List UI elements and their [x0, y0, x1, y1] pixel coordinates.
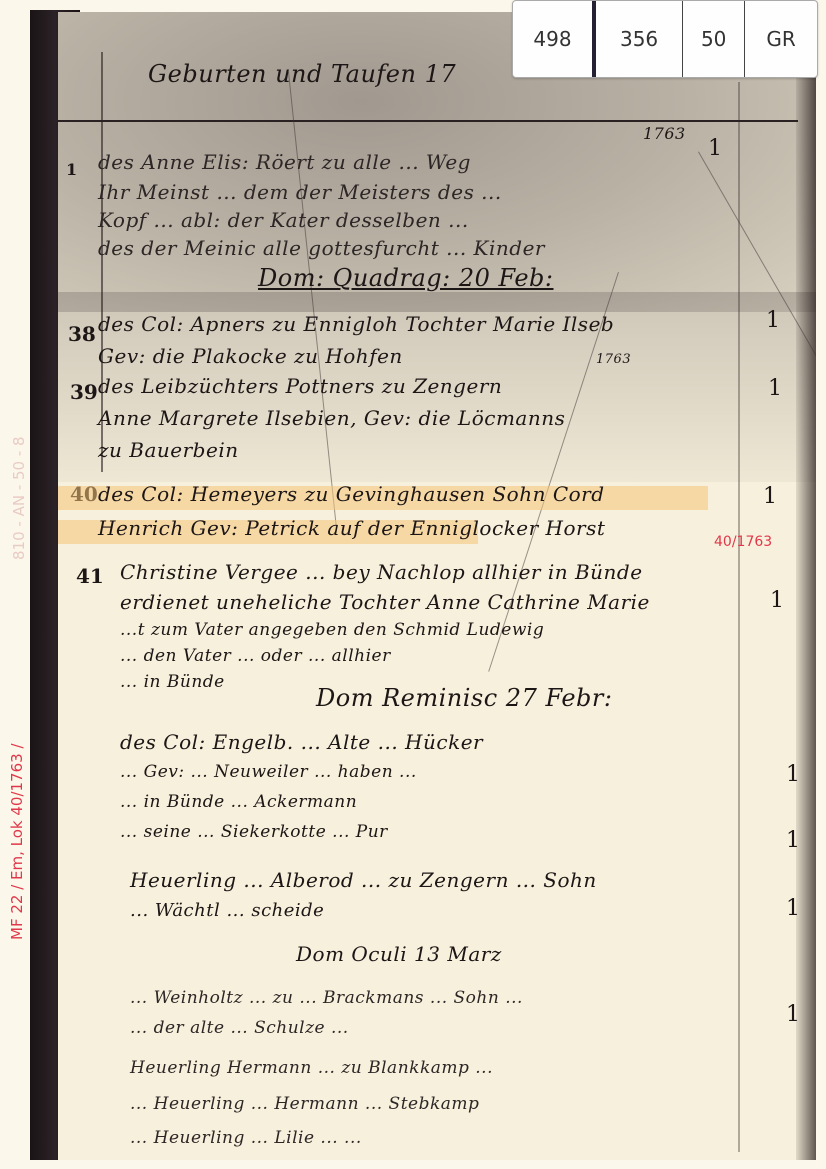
register-page: Geburten und Taufen 17 1763 1 38 39 40 4… [58, 12, 816, 1160]
entry-line: ... den Vater ... oder ... allhier [120, 646, 391, 666]
entry-line: zu Bauerbein [98, 438, 239, 462]
entry-line: ... seine ... Siekerkotte ... Pur [120, 822, 388, 842]
entry-line: des Leibzüchters Pottners zu Zengern [98, 374, 502, 398]
red-annotation: 40/1763 [714, 534, 772, 550]
entry-line: Heuerling ... Alberod ... zu Zengern ...… [130, 868, 597, 892]
entry-line: des der Meinic alle gottesfurcht ... Kin… [98, 236, 545, 260]
entry-number: 41 [76, 564, 104, 588]
highlighted-entry-line: Henrich Gev: Petrick auf der Enniglocker… [98, 516, 605, 540]
entry-number: 38 [68, 322, 96, 346]
year-note: 1763 [643, 124, 686, 143]
entry-line: erdienet uneheliche Tochter Anne Cathrin… [120, 590, 650, 614]
entry-line: ... der alte ... Schulze ... [130, 1018, 349, 1038]
entry-line: ... Heuerling ... Hermann ... Stebkamp [130, 1094, 479, 1114]
entry-line: des Col: Engelb. ... Alte ... Hücker [120, 730, 483, 754]
tally-mark: 1 [786, 762, 800, 787]
entry-line: des Col: Apners zu Ennigloh Tochter Mari… [98, 312, 614, 336]
entry-line: ... Wächtl ... scheide [130, 900, 324, 921]
label-page-number: 50 [683, 1, 745, 77]
section-heading: Dom Reminisc 27 Febr: [316, 684, 612, 712]
entry-line: Ihr Meinst ... dem der Meisters des ... [98, 180, 502, 204]
section-heading: Dom Oculi 13 Marz [296, 942, 502, 966]
entry-line: Kopf ... abl: der Kater desselben ... [98, 208, 469, 232]
tally-mark: 1 [708, 136, 722, 161]
tally-mark: 1 [763, 484, 777, 509]
entry-line: Gev: die Plakocke zu Hohfen [98, 344, 403, 368]
label-code: GR [745, 1, 817, 77]
entry-number: 1 [66, 160, 77, 179]
faded-archive-stamp: 810 - AN - 50 - 8 [10, 436, 28, 560]
header-rule [58, 120, 798, 122]
tally-mark: 1 [786, 896, 800, 921]
tally-mark: 1 [786, 1002, 800, 1027]
label-film-number: 498 [513, 1, 596, 77]
entry-line: ... Heuerling ... Lilie ... ... [130, 1128, 362, 1148]
tally-mark: 1 [766, 308, 780, 333]
entry-number: 39 [70, 380, 98, 404]
section-heading: Dom: Quadrag: 20 Feb: [258, 264, 554, 292]
highlighted-entry-line: des Col: Hemeyers zu Gevinghausen Sohn C… [98, 482, 605, 506]
entry-line: ... Weinholtz ... zu ... Brackmans ... S… [130, 988, 523, 1008]
entry-line: Heuerling Hermann ... zu Blankkamp ... [130, 1058, 493, 1078]
tally-column-rule [738, 82, 740, 1152]
entry-line: des Anne Elis: Röert zu alle ... Weg [98, 150, 471, 174]
entry-line: ...t zum Vater angegeben den Schmid Lude… [120, 620, 544, 640]
tally-mark: 1 [770, 588, 784, 613]
label-frame-number: 356 [596, 1, 683, 77]
entry-line: Anne Margrete Ilsebien, Gev: die Löcmann… [98, 406, 565, 430]
register-header: Geburten und Taufen 17 [148, 60, 456, 88]
tally-mark: 1 [786, 828, 800, 853]
entry-line: ... in Bünde [120, 672, 225, 692]
archive-reference-note: MF 22 / Em, Lok 40/1763 / [8, 743, 26, 940]
entry-line: Christine Vergee ... bey Nachlop allhier… [120, 560, 643, 584]
archive-index-label: 498 356 50 GR [512, 0, 818, 78]
entry-line: ... Gev: ... Neuweiler ... haben ... [120, 762, 417, 782]
tally-mark: 1 [768, 376, 782, 401]
page-edge-shadow [796, 12, 816, 1160]
entry-line: ... in Bünde ... Ackermann [120, 792, 357, 812]
year-note: 1763 [596, 352, 631, 367]
